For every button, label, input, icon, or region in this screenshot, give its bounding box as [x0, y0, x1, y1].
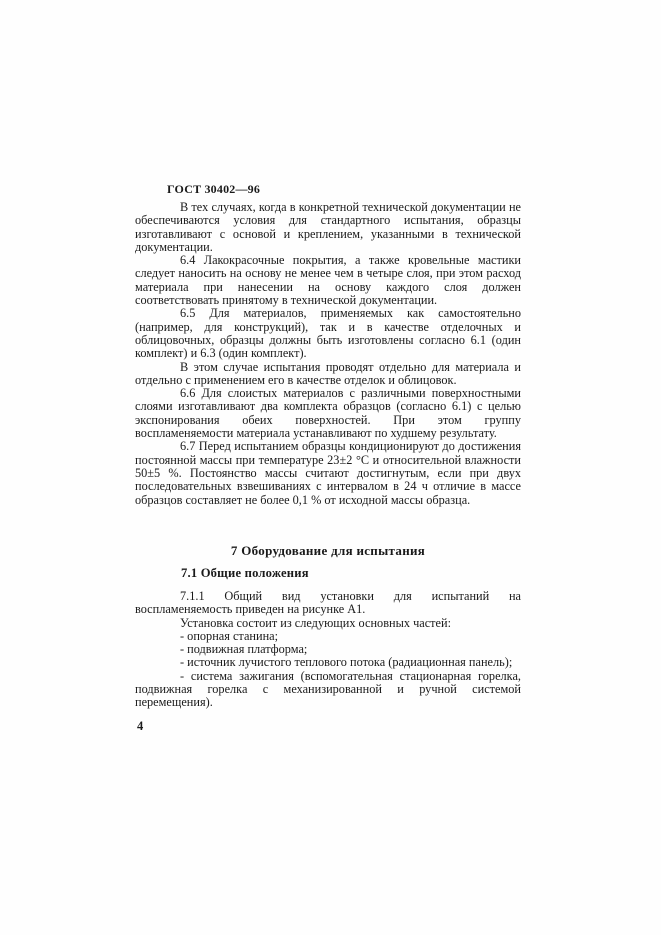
document-page: ГОСТ 30402—96 В тех случаях, когда в кон…	[0, 0, 661, 935]
section-7-heading: 7 Оборудование для испытания	[135, 543, 521, 559]
list-item-support-frame: - опорная станина;	[135, 630, 521, 643]
list-item-ignition-system: - система зажигания (вспомогательная ста…	[135, 670, 521, 710]
paragraph-6-5: 6.5 Для материалов, применяемых как само…	[135, 307, 521, 360]
paragraph-6-4: 6.4 Лакокрасочные покрытия, а также кров…	[135, 254, 521, 307]
paragraph-6-5-note: В этом случае испытания проводят отдельн…	[135, 361, 521, 388]
paragraph-7-1-1: 7.1.1 Общий вид установки для испытаний …	[135, 590, 521, 617]
page-number: 4	[137, 719, 143, 734]
paragraph-intro: В тех случаях, когда в конкретной технич…	[135, 201, 521, 254]
list-item-moving-platform: - подвижная платформа;	[135, 643, 521, 656]
paragraph-setup-intro: Установка состоит из следующих основных …	[135, 617, 521, 630]
subsection-7-1-heading: 7.1 Общие положения	[181, 566, 309, 581]
body-text-section-6: В тех случаях, когда в конкретной технич…	[135, 201, 521, 507]
list-item-heat-source: - источник лучистого теплового потока (р…	[135, 656, 521, 669]
paragraph-6-6: 6.6 Для слоистых материалов с различными…	[135, 387, 521, 440]
paragraph-6-7: 6.7 Перед испытанием образцы кондиционир…	[135, 440, 521, 506]
running-header: ГОСТ 30402—96	[167, 182, 260, 197]
body-text-section-7: 7.1.1 Общий вид установки для испытаний …	[135, 590, 521, 710]
